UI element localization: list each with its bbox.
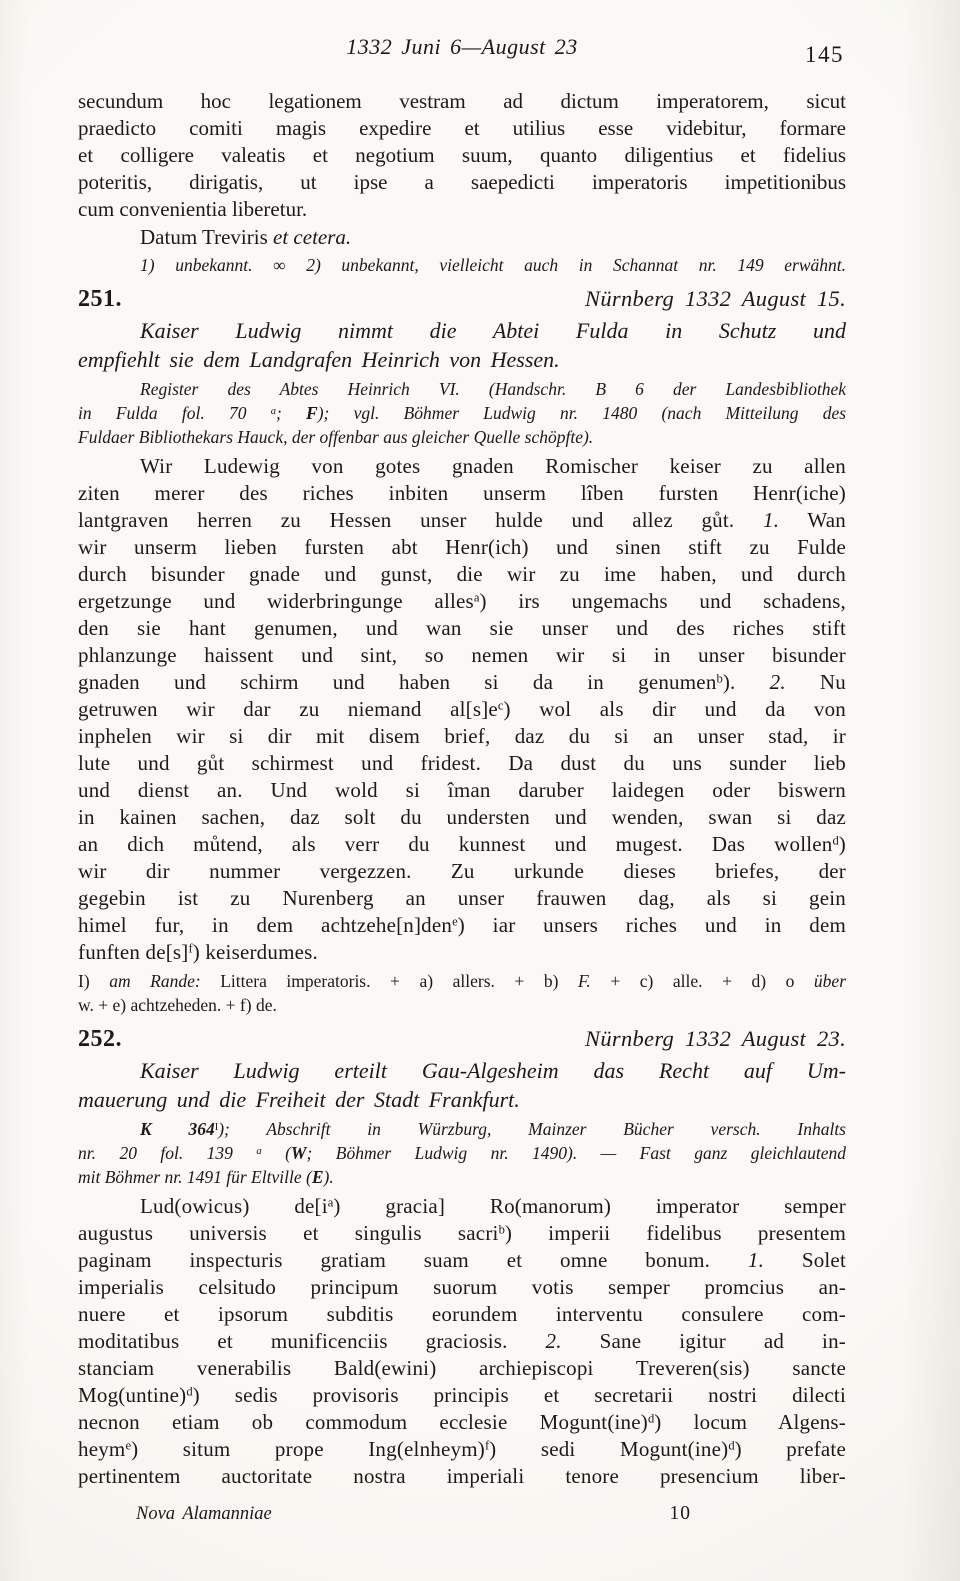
text-segment: wir dir nummer vergezzen. Zu urkunde die… [78,859,846,883]
text-segment: augustus universis et singulis sacri [78,1221,499,1245]
text-segment: den sie hant genumen, und wan sie unser … [78,616,846,640]
text-line: mauerung und die Freiheit der Stadt Fran… [78,1085,846,1114]
page-header: 1332 Juni 6—August 23 145 [78,34,846,70]
entry-252-text: Lud(owicus) de[ia) gracia] Ro(manorum) i… [78,1193,846,1490]
text-segment: Kaiser Ludwig nimmt die Abtei Fulda in S… [140,318,846,343]
text-segment: wir unserm lieben fursten abt Henr(ich) … [78,535,846,559]
datum-line: Datum Treviris et cetera. [78,224,846,251]
text-segment: ). [324,1167,334,1187]
text-segment: Solet [764,1248,846,1272]
text-segment: poteritis, dirigatis, ut ipse a saepedic… [78,170,846,194]
text-segment: F. [578,971,591,991]
text-segment: lantgraven herren zu Hessen unser hulde … [78,508,763,532]
text-segment: F [306,403,318,423]
text-segment: ) prefate [735,1437,846,1461]
text-line: secundum hoc legationem vestram ad dictu… [78,88,846,115]
text-segment: Kaiser Ludwig erteilt Gau-Algesheim das … [140,1058,846,1083]
text-segment: Register des Abtes Heinrich VI. (Handsch… [140,379,846,399]
text-segment: ) sedis provisoris principis et secretar… [193,1383,846,1407]
text-segment: Nu [786,670,846,694]
entry-dateline: Nürnberg 1332 August 15. [585,286,846,312]
text-segment: et colligere valeatis et negotium suum, … [78,143,846,167]
running-head-date-range: 1332 Juni 6—August 23 [78,34,846,60]
text-segment: + c) alle. + d) o [591,971,814,991]
text-line: Mog(untine)d) sedis provisoris principis… [78,1382,846,1409]
text-line: nuere et ipsorum subditis eorundem inter… [78,1301,846,1328]
text-segment: ; Böhmer Ludwig nr. 1490). — Fast ganz g… [306,1143,846,1163]
text-segment: Datum Treviris [140,225,273,249]
continuation-paragraph: secundum hoc legationem vestram ad dictu… [78,88,846,223]
text-segment: ; [276,403,306,423]
text-line: heyme) situm prope Ing(elnheym)f) sedi M… [78,1436,846,1463]
entry-number: 251. [78,286,122,313]
entry-number: 252. [78,1026,122,1053]
text-segment: Lud(owicus) de[i [140,1194,328,1218]
text-line: in kainen sachen, daz solt du understen … [78,804,846,831]
entry-252-heading: 252.Nürnberg 1332 August 23. [78,1026,846,1053]
text-segment: Wir Ludewig von gotes gnaden Romischer k… [140,454,846,478]
text-line: gegebin ist zu Nurenberg an unser frauwe… [78,885,846,912]
text-segment: stanciam venerabilis Bald(ewini) archiep… [78,1356,846,1380]
text-segment: w. + e) achtzeheden. + f) de. [78,995,277,1015]
text-line: lantgraven herren zu Hessen unser hulde … [78,507,846,534]
text-segment: 2) unbekannt, vielleicht auch in Schanna… [286,255,846,275]
text-segment: 1. [763,508,779,532]
text-segment: gegebin ist zu Nurenberg an unser frauwe… [78,886,846,910]
text-line: wir unserm lieben fursten abt Henr(ich) … [78,534,846,561]
signature-number: 10 [670,1503,692,1525]
text-line: getruwen wir dar zu niemand al[s]ec) wol… [78,696,846,723]
text-segment: 1. [748,1248,764,1272]
text-column: secundum hoc legationem vestram ad dictu… [78,88,846,1490]
text-segment: 2. [546,1329,562,1353]
text-segment: ) situm prope Ing(elnheym) [131,1437,485,1461]
text-segment: Mog(untine) [78,1383,186,1407]
text-segment: an dich můtend, als verr du kunnest und … [78,832,833,856]
text-segment: ∞ [273,255,285,275]
text-segment: imperialis celsitudo principum suorum vo… [78,1275,846,1299]
text-segment: moditatibus et munificenciis graciosis. [78,1329,546,1353]
text-segment: mauerung und die Freiheit der Stadt Fran… [78,1087,520,1112]
text-segment: 1) unbekannt. [140,255,273,275]
text-line: und dienst an. Und wold si îman daruber … [78,777,846,804]
text-line: Kaiser Ludwig nimmt die Abtei Fulda in S… [78,316,846,345]
text-segment: ) sedi Mogunt(ine) [489,1437,728,1461]
entry-252-source-note: K 364I); Abschrift in Würzburg, Mainzer … [78,1117,846,1189]
text-segment: am Rande: [109,971,200,991]
text-segment: paginam inspecturis gratiam suam et omne… [78,1248,748,1272]
text-line: Datum Treviris et cetera. [78,224,846,251]
text-segment: secundum hoc legationem vestram ad dictu… [78,89,846,113]
text-segment: ) keiserdumes. [193,940,318,964]
text-segment: lute und gůt schirmest und fridest. Da d… [78,751,846,775]
text-segment: empfiehlt sie dem Landgrafen Heinrich vo… [78,347,560,372]
text-line: gnaden und schirm und haben si da in gen… [78,669,846,696]
text-line: Register des Abtes Heinrich VI. (Handsch… [78,377,846,401]
text-segment: und dienst an. Und wold si îman daruber … [78,778,846,802]
text-segment: praedicto comiti magis expedire et utili… [78,116,846,140]
entry-251-heading: 251.Nürnberg 1332 August 15. [78,286,846,313]
text-line: den sie hant genumen, und wan sie unser … [78,615,846,642]
page-footer: Nova Alamanniae 10 [78,1503,846,1525]
text-line: et colligere valeatis et negotium suum, … [78,142,846,169]
text-line: K 364I); Abschrift in Würzburg, Mainzer … [78,1117,846,1141]
text-segment: pertinentem auctoritate nostra imperiali… [78,1464,846,1488]
entry-251-apparatus: I) am Rande: Littera imperatoris. + a) a… [78,969,846,1017]
text-line: cum convenientia liberetur. [78,196,846,223]
text-segment: in Fulda fol. 70 [78,403,271,423]
text-line: phlanzunge haissent und sint, so nemen w… [78,642,846,669]
text-segment: Wan [779,508,846,532]
text-line: durch bisunder gnade und gunst, die wir … [78,561,846,588]
page-number: 145 [805,42,844,68]
text-segment: K 364 [140,1119,215,1139]
text-line: imperialis celsitudo principum suorum vo… [78,1274,846,1301]
text-segment: ) wol als dir und da von [504,697,846,721]
text-line: augustus universis et singulis sacrib) i… [78,1220,846,1247]
text-line: moditatibus et munificenciis graciosis. … [78,1328,846,1355]
text-segment: I) [78,971,109,991]
text-line: stanciam venerabilis Bald(ewini) archiep… [78,1355,846,1382]
text-segment: ergetzunge und widerbringunge alles [78,589,474,613]
text-segment: ) [839,832,846,856]
entry-251-regest: Kaiser Ludwig nimmt die Abtei Fulda in S… [78,316,846,374]
text-segment: et cetera. [273,225,351,249]
footnote-line-250: 1) unbekannt. ∞ 2) unbekannt, vielleicht… [78,254,846,277]
text-segment: ); vgl. Böhmer Ludwig nr. 1480 (nach Mit… [318,403,846,423]
text-segment: durch bisunder gnade und gunst, die wir … [78,562,846,586]
text-line: 1) unbekannt. ∞ 2) unbekannt, vielleicht… [78,254,846,277]
text-segment: necnon etiam ob commodum ecclesie Mogunt… [78,1410,648,1434]
text-segment: ) imperii fidelibus presentem [505,1221,846,1245]
text-line: Wir Ludewig von gotes gnaden Romischer k… [78,453,846,480]
text-segment: inphelen wir si dir mit disem brief, daz… [78,724,846,748]
text-line: inphelen wir si dir mit disem brief, daz… [78,723,846,750]
text-segment: ziten merer des riches inbiten unserm lî… [78,481,846,505]
entry-252-regest: Kaiser Ludwig erteilt Gau-Algesheim das … [78,1056,846,1114]
text-line: w. + e) achtzeheden. + f) de. [78,993,846,1017]
text-segment: gnaden und schirm und haben si da in gen… [78,670,717,694]
text-line: mit Böhmer nr. 1491 für Eltville (E). [78,1165,846,1189]
text-line: lute und gůt schirmest und fridest. Da d… [78,750,846,777]
entry-dateline: Nürnberg 1332 August 23. [585,1026,846,1052]
text-line: an dich můtend, als verr du kunnest und … [78,831,846,858]
text-line: poteritis, dirigatis, ut ipse a saepedic… [78,169,846,196]
text-segment: in kainen sachen, daz solt du understen … [78,805,846,829]
text-segment: ( [262,1143,291,1163]
text-segment: ) gracia] Ro(manorum) imperator semper [333,1194,846,1218]
text-segment: ). [723,670,770,694]
text-line: I) am Rande: Littera imperatoris. + a) a… [78,969,846,993]
text-segment: E [312,1167,324,1187]
entry-251-text: Wir Ludewig von gotes gnaden Romischer k… [78,453,846,966]
text-segment: funften de[s] [78,940,188,964]
text-segment: Littera imperatoris. + a) allers. + b) [201,971,578,991]
text-line: necnon etiam ob commodum ecclesie Mogunt… [78,1409,846,1436]
text-segment: nr. 20 fol. 139 [78,1143,256,1163]
text-segment: phlanzunge haissent und sint, so nemen w… [78,643,846,667]
text-segment: 2. [770,670,786,694]
text-line: Fuldaer Bibliothekars Hauck, der offenba… [78,425,846,449]
text-segment: himel fur, in dem achtzehe[n]den [78,913,452,937]
text-segment: W [291,1143,307,1163]
text-segment: nuere et ipsorum subditis eorundem inter… [78,1302,846,1326]
text-line: himel fur, in dem achtzehe[n]dene) iar u… [78,912,846,939]
text-line: praedicto comiti magis expedire et utili… [78,115,846,142]
entry-251-source-note: Register des Abtes Heinrich VI. (Handsch… [78,377,846,449]
text-segment: ); Abschrift in Würzburg, Mainzer Bücher… [218,1119,846,1139]
text-line: ergetzunge und widerbringunge allesa) ir… [78,588,846,615]
text-segment: heym [78,1437,125,1461]
text-segment: mit Böhmer nr. 1491 für Eltville ( [78,1167,312,1187]
text-line: in Fulda fol. 70 a; F); vgl. Böhmer Ludw… [78,401,846,425]
text-line: paginam inspecturis gratiam suam et omne… [78,1247,846,1274]
text-line: ziten merer des riches inbiten unserm lî… [78,480,846,507]
text-segment: getruwen wir dar zu niemand al[s]e [78,697,498,721]
text-segment: ) irs ungemachs und schadens, [480,589,846,613]
text-line: Lud(owicus) de[ia) gracia] Ro(manorum) i… [78,1193,846,1220]
text-segment: cum convenientia liberetur. [78,197,307,221]
text-segment: Fuldaer Bibliothekars Hauck, der offenba… [78,427,593,447]
series-title: Nova Alamanniae [136,1504,272,1525]
text-line: pertinentem auctoritate nostra imperiali… [78,1463,846,1490]
text-line: funften de[s]f) keiserdumes. [78,939,846,966]
text-line: nr. 20 fol. 139 a (W; Böhmer Ludwig nr. … [78,1141,846,1165]
text-line: wir dir nummer vergezzen. Zu urkunde die… [78,858,846,885]
text-segment: ) iar unsers riches und in dem [458,913,846,937]
text-segment: ) locum Algens- [654,1410,846,1434]
text-segment: Sane igitur ad in- [562,1329,846,1353]
text-line: Kaiser Ludwig erteilt Gau-Algesheim das … [78,1056,846,1085]
text-segment: über [814,971,846,991]
book-page: 1332 Juni 6—August 23 145 secundum hoc l… [0,0,960,1581]
text-line: empfiehlt sie dem Landgrafen Heinrich vo… [78,345,846,374]
